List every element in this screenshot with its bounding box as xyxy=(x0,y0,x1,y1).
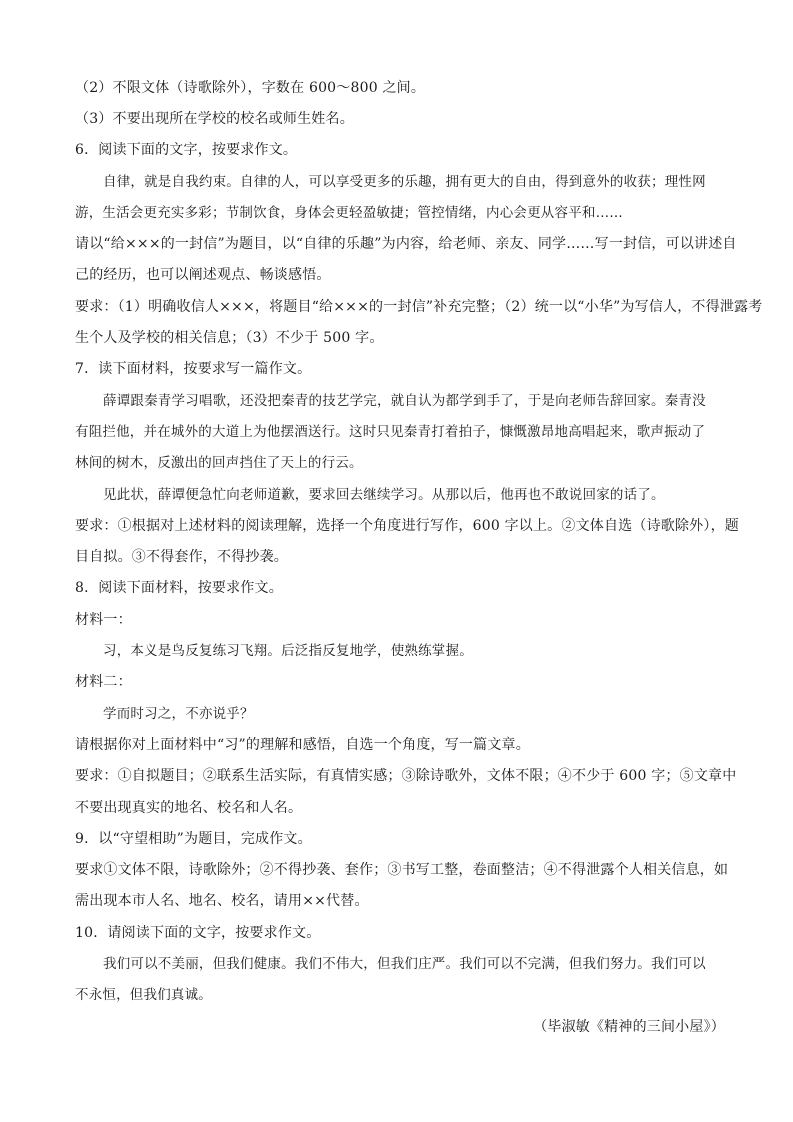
material-text: 学而时习之，不亦说乎？ xyxy=(103,704,254,724)
requirement-text: 不要出现真实的地名、校名和人名。 xyxy=(75,798,302,818)
citation-source: （毕淑敏《精神的三间小屋》） xyxy=(533,1017,725,1037)
material-text: 有阻拦他，并在城外的大道上为他摆酒送行。这时只见秦青打着拍子，慷慨激昂地高唱起来… xyxy=(75,422,705,442)
requirement-text: 要求：①自拟题目；②联系生活实际，有真情实感；③除诗歌外，文体不限；④不少于 6… xyxy=(75,766,736,786)
material-text: 林间的树木，反激出的回声挡住了天上的行云。 xyxy=(75,453,363,473)
material-label: 材料二： xyxy=(75,672,132,692)
question-7-heading: 7．读下面材料，按要求写一篇作文。 xyxy=(75,359,311,379)
question-10-heading: 10．请阅读下面的文字，按要求作文。 xyxy=(75,923,320,943)
material-label: 材料一： xyxy=(75,610,132,630)
prompt-text: 请以“给×××的一封信”为题目，以“自律的乐趣”为内容，给老师、亲友、同学……写… xyxy=(75,234,737,254)
question-8-heading: 8．阅读下面材料，按要求作文。 xyxy=(75,578,283,598)
material-text: 习，本义是鸟反复练习飞翔。后泛指反复地学，使熟练掌握。 xyxy=(103,641,473,661)
requirement-text: 要求：①根据对上述材料的阅读理解，选择一个角度进行写作，600 字以上。②文体自… xyxy=(75,516,739,536)
requirement-line: （3）不要出现所在学校的校名或师生姓名。 xyxy=(75,109,354,129)
material-text: 游，生活会更充实多彩；节制饮食，身体会更轻盈敏捷；管控情绪，内心会更从容平和…… xyxy=(75,203,623,223)
requirement-text: 要求：（1）明确收信人×××，将题目“给×××的一封信”补充完整；（2）统一以“… xyxy=(75,297,762,317)
requirement-text: 目自拟。③不得套作，不得抄袭。 xyxy=(75,547,288,567)
material-text: 我们可以不美丽，但我们健康。我们不伟大，但我们庄严。我们可以不完满，但我们努力。… xyxy=(103,954,706,974)
requirement-text: 需出现本市人名、地名、校名，请用××代替。 xyxy=(75,891,369,911)
requirement-line: （2）不限文体（诗歌除外），字数在 600～800 之间。 xyxy=(75,78,425,98)
material-text: 自律，就是自我约束。自律的人，可以享受更多的乐趣，拥有更大的自由，得到意外的收获… xyxy=(103,172,706,192)
material-text: 见此状，薛谭便急忙向老师道歉，要求回去继续学习。从那以后，他再也不敢说回家的话了… xyxy=(103,485,665,505)
prompt-text: 己的经历，也可以阐述观点、畅谈感悟。 xyxy=(75,265,331,285)
requirement-text: 要求①文体不限，诗歌除外；②不得抄袭、套作；③书写工整，卷面整洁；④不得泄露个人… xyxy=(75,860,728,880)
question-6-heading: 6．阅读下面的文字，按要求作文。 xyxy=(75,140,297,160)
prompt-text: 请根据你对上面材料中“习”的理解和感悟，自选一个角度，写一篇文章。 xyxy=(75,735,530,755)
material-text: 薛谭跟秦青学习唱歌，还没把秦青的技艺学完，就自认为都学到手了，于是向老师告辞回家… xyxy=(103,391,706,411)
requirement-text: 生个人及学校的相关信息；（3）不少于 500 字。 xyxy=(75,328,384,348)
question-9-heading: 9．以“守望相助”为题目，完成作文。 xyxy=(75,829,312,849)
material-text: 不永恒，但我们真诚。 xyxy=(75,985,212,1005)
